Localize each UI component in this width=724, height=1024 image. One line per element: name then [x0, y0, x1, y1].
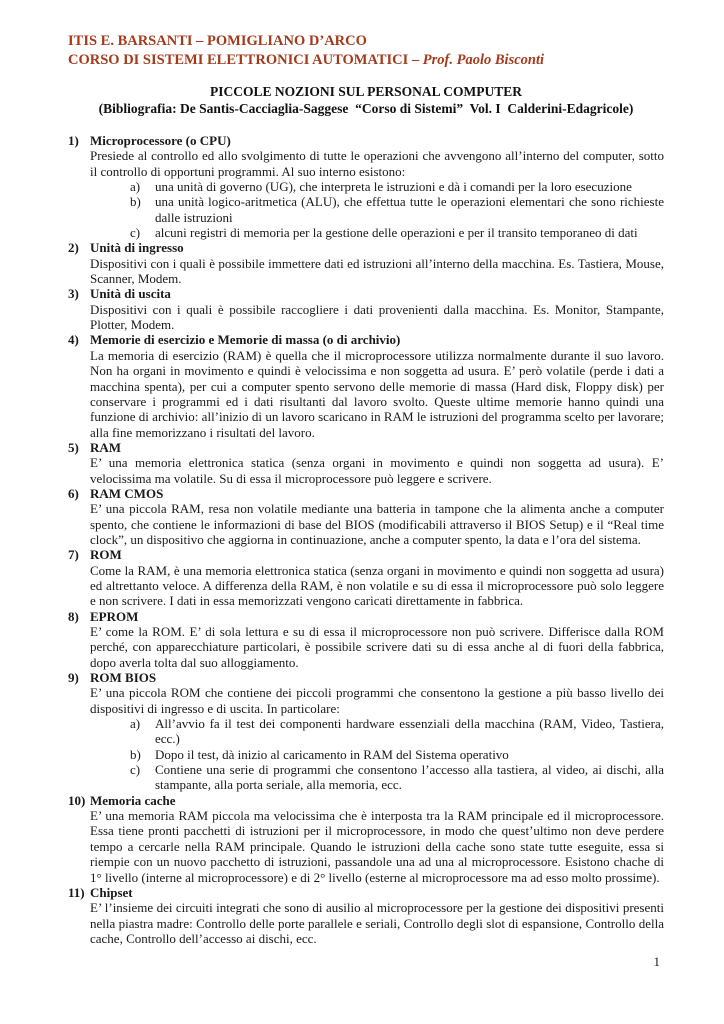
item-number: 4) — [68, 332, 90, 347]
sub-item-letter: a) — [130, 179, 155, 194]
course-line: CORSO DI SISTEMI ELETTRONICI AUTOMATICI … — [68, 51, 664, 70]
item-number: 2) — [68, 240, 90, 255]
item-title: Memoria cache — [90, 793, 664, 808]
sub-item-letter: c) — [130, 225, 155, 240]
sub-item-letter: b) — [130, 747, 155, 762]
item-body: Dispositivi con i quali è possibile imme… — [90, 256, 664, 287]
item-number: 6) — [68, 486, 90, 501]
list-item: 8)EPROME’ come la ROM. E’ di sola lettur… — [68, 609, 664, 670]
item-title: Unità di ingresso — [90, 240, 664, 255]
item-heading: 6)RAM CMOS — [68, 486, 664, 501]
item-body: E’ una piccola RAM, resa non volatile me… — [90, 501, 664, 547]
list-item: 3)Unità di uscitaDispositivi con i quali… — [68, 286, 664, 332]
item-number: 1) — [68, 133, 90, 148]
sub-item: a)una unità di governo (UG), che interpr… — [130, 179, 664, 194]
item-title: EPROM — [90, 609, 664, 624]
list-item: 4)Memorie di esercizio e Memorie di mass… — [68, 332, 664, 439]
sub-item-letter: a) — [130, 716, 155, 747]
item-heading: 7)ROM — [68, 547, 664, 562]
sub-item-text: una unità logico-aritmetica (ALU), che e… — [155, 194, 664, 225]
list-item: 10)Memoria cacheE’ una memoria RAM picco… — [68, 793, 664, 885]
sub-item-letter: b) — [130, 194, 155, 225]
topics-list: 1)Microprocessore (o CPU)Presiede al con… — [68, 133, 664, 946]
sub-item-text: Dopo il test, dà inizio al caricamento i… — [155, 747, 664, 762]
list-item: 7)ROMCome la RAM, è una memoria elettron… — [68, 547, 664, 608]
page-number: 1 — [68, 954, 664, 969]
sub-item: c)alcuni registri di memoria per la gest… — [130, 225, 664, 240]
sub-item-letter: c) — [130, 762, 155, 793]
item-body: E’ l’insieme dei circuiti integrati che … — [90, 900, 664, 946]
item-body: Dispositivi con i quali è possibile racc… — [90, 302, 664, 333]
sub-item-text: All’avvio fa il test dei componenti hard… — [155, 716, 664, 747]
item-heading: 9)ROM BIOS — [68, 670, 664, 685]
sub-item: b)una unità logico-aritmetica (ALU), che… — [130, 194, 664, 225]
item-number: 9) — [68, 670, 90, 685]
item-number: 11) — [68, 885, 90, 900]
list-item: 2)Unità di ingressoDispositivi con i qua… — [68, 240, 664, 286]
document-page: ITIS E. BARSANTI – POMIGLIANO D’ARCO COR… — [0, 0, 724, 1024]
sub-item-text: alcuni registri di memoria per la gestio… — [155, 225, 664, 240]
item-number: 5) — [68, 440, 90, 455]
doc-title-block: PICCOLE NOZIONI SUL PERSONAL COMPUTER (B… — [68, 84, 664, 117]
item-heading: 8)EPROM — [68, 609, 664, 624]
item-number: 3) — [68, 286, 90, 301]
item-heading: 3)Unità di uscita — [68, 286, 664, 301]
item-title: Unità di uscita — [90, 286, 664, 301]
item-body: Come la RAM, è una memoria elettronica s… — [90, 563, 664, 609]
item-heading: 1)Microprocessore (o CPU) — [68, 133, 664, 148]
item-body: E’ una piccola ROM che contiene dei picc… — [90, 685, 664, 716]
item-number: 7) — [68, 547, 90, 562]
item-title: RAM CMOS — [90, 486, 664, 501]
school-name: ITIS E. BARSANTI – POMIGLIANO D’ARCO — [68, 32, 664, 51]
bibliography-line: (Bibliografia: De Santis-Cacciaglia-Sagg… — [68, 101, 664, 118]
list-item: 11)ChipsetE’ l’insieme dei circuiti inte… — [68, 885, 664, 946]
item-title: Microprocessore (o CPU) — [90, 133, 664, 148]
item-body: La memoria di esercizio (RAM) è quella c… — [90, 348, 664, 440]
page-title: PICCOLE NOZIONI SUL PERSONAL COMPUTER — [68, 84, 664, 101]
sub-item-text: una unità di governo (UG), che interpret… — [155, 179, 664, 194]
professor-name: Prof. Paolo Bisconti — [423, 52, 544, 68]
item-number: 8) — [68, 609, 90, 624]
item-heading: 10)Memoria cache — [68, 793, 664, 808]
sub-item: b)Dopo il test, dà inizio al caricamento… — [130, 747, 664, 762]
item-heading: 5)RAM — [68, 440, 664, 455]
list-item: 9)ROM BIOSE’ una piccola ROM che contien… — [68, 670, 664, 793]
item-title: RAM — [90, 440, 664, 455]
item-title: Memorie di esercizio e Memorie di massa … — [90, 332, 664, 347]
item-body: Presiede al controllo ed allo svolgiment… — [90, 148, 664, 179]
sub-item: a)All’avvio fa il test dei componenti ha… — [130, 716, 664, 747]
list-item: 1)Microprocessore (o CPU)Presiede al con… — [68, 133, 664, 240]
item-title: Chipset — [90, 885, 664, 900]
list-item: 6)RAM CMOSE’ una piccola RAM, resa non v… — [68, 486, 664, 547]
item-number: 10) — [68, 793, 90, 808]
sub-item: c)Contiene una serie di programmi che co… — [130, 762, 664, 793]
item-title: ROM BIOS — [90, 670, 664, 685]
course-name: CORSO DI SISTEMI ELETTRONICI AUTOMATICI … — [68, 52, 423, 68]
item-heading: 2)Unità di ingresso — [68, 240, 664, 255]
item-heading: 4)Memorie di esercizio e Memorie di mass… — [68, 332, 664, 347]
item-title: ROM — [90, 547, 664, 562]
item-heading: 11)Chipset — [68, 885, 664, 900]
item-body: E’ una memoria elettronica statica (senz… — [90, 455, 664, 486]
item-body: E’ come la ROM. E’ di sola lettura e su … — [90, 624, 664, 670]
sub-item-text: Contiene una serie di programmi che cons… — [155, 762, 664, 793]
list-item: 5)RAME’ una memoria elettronica statica … — [68, 440, 664, 486]
doc-header: ITIS E. BARSANTI – POMIGLIANO D’ARCO COR… — [68, 32, 664, 70]
item-body: E’ una memoria RAM piccola ma velocissim… — [90, 808, 664, 885]
